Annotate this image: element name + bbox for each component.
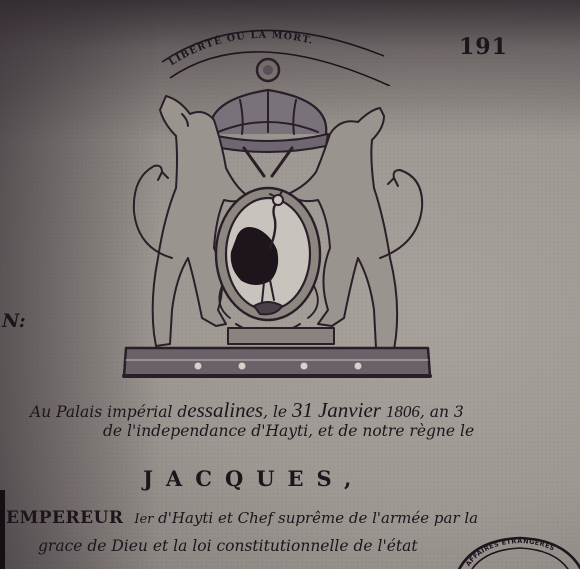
title-line-2: grace de Dieu et la loi constitutionnell… (38, 537, 418, 555)
official-stamp: AFFAIRES ÉTRANGÈRES (450, 536, 580, 569)
handwritten-year: 1806 (386, 402, 420, 421)
header-line-1-mid: , le (263, 403, 292, 421)
title-ordinal: Ier (134, 512, 153, 527)
handwritten-place: essalines (187, 398, 263, 422)
document-number-label: N: (2, 310, 26, 332)
handwritten-month: Janvier (318, 398, 381, 422)
handwritten-day: 31 (292, 398, 313, 422)
header-line-2: de l'independance d'Hayti, et de notre r… (103, 422, 474, 440)
coat-of-arms (118, 48, 438, 388)
title-line-1-rest: d'Hayti et Chef suprême de l'armée par l… (158, 509, 478, 527)
sovereign-name: JACQUES, (143, 466, 364, 491)
header-line-1-suffix: , an 3 (420, 403, 464, 421)
document-page: LIBERTÉ OU LA MORT. 191 (0, 0, 580, 569)
title-line-1: EMPEREUR Ier d'Hayti et Chef suprême de … (6, 508, 478, 528)
header-line-1: Au Palais impérial dessalines, le 31 Jan… (30, 398, 464, 423)
page-number: 191 (459, 34, 508, 60)
crown-icon (208, 59, 328, 176)
header-line-1-prefix: Au Palais impérial d (30, 403, 187, 421)
page-edge-shadow (0, 490, 5, 569)
title-emperor: EMPEREUR (6, 508, 124, 528)
